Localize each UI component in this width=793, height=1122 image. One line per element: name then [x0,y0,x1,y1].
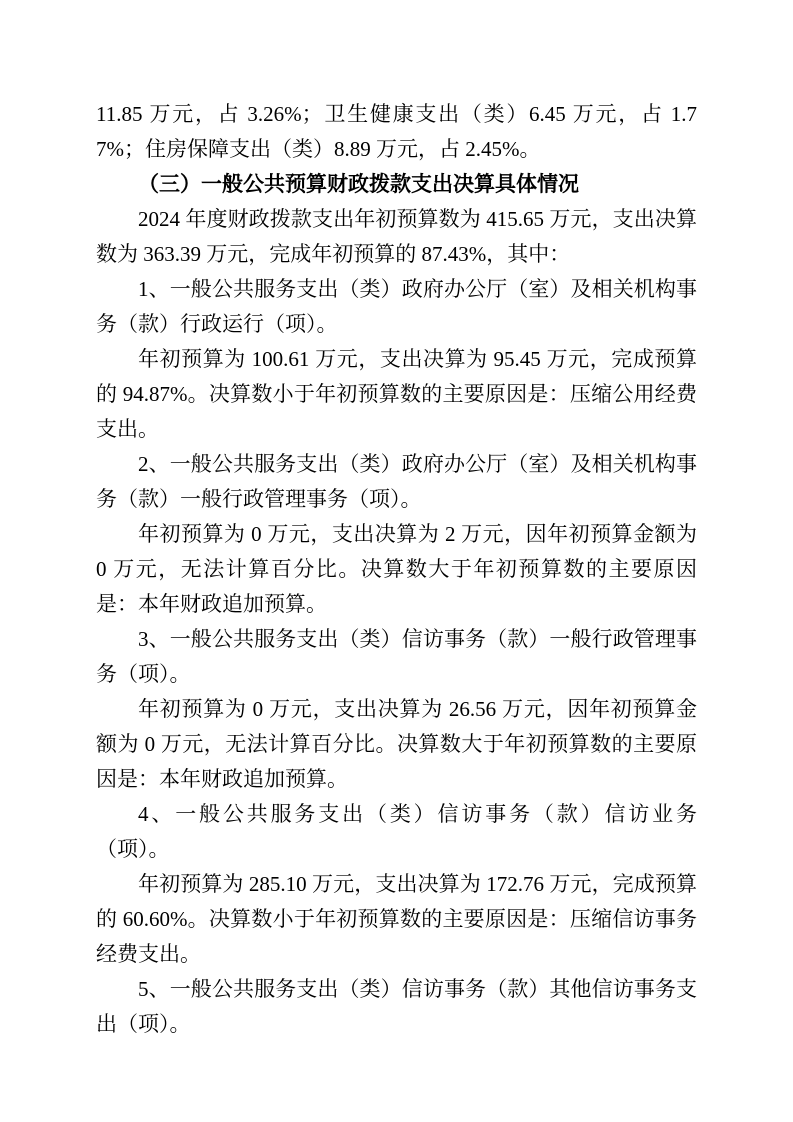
paragraph-item-5-title: 5、一般公共服务支出（类）信访事务（款）其他信访事务支出（项）。 [96,972,697,1042]
paragraph-item-1-title: 1、一般公共服务支出（类）政府办公厅（室）及相关机构事务（款）行政运行（项）。 [96,272,697,342]
paragraph-item-4-detail: 年初预算为 285.10 万元，支出决算为 172.76 万元，完成预算的 60… [96,867,697,972]
paragraph-item-2-title: 2、一般公共服务支出（类）政府办公厅（室）及相关机构事务（款）一般行政管理事务（… [96,447,697,517]
paragraph-item-1-detail: 年初预算为 100.61 万元，支出决算为 95.45 万元，完成预算的 94.… [96,342,697,447]
paragraph-item-3-detail: 年初预算为 0 万元，支出决算为 26.56 万元，因年初预算金额为 0 万元，… [96,692,697,797]
document-page: 11.85 万元，占 3.26%；卫生健康支出（类）6.45 万元，占 1.77… [0,0,793,1122]
paragraph-2024-budget-summary: 2024 年度财政拨款支出年初预算数为 415.65 万元，支出决算数为 363… [96,202,697,272]
paragraph-item-2-detail: 年初预算为 0 万元，支出决算为 2 万元，因年初预算金额为 0 万元，无法计算… [96,517,697,622]
section-heading-fiscal-allocation-expenditure-details: （三）一般公共预算财政拨款支出决算具体情况 [96,167,697,202]
paragraph-continuation-expense-percentages: 11.85 万元，占 3.26%；卫生健康支出（类）6.45 万元，占 1.77… [96,97,697,167]
paragraph-item-4-title: 4、一般公共服务支出（类）信访事务（款）信访业务（项）。 [96,797,697,867]
paragraph-item-3-title: 3、一般公共服务支出（类）信访事务（款）一般行政管理事务（项）。 [96,622,697,692]
